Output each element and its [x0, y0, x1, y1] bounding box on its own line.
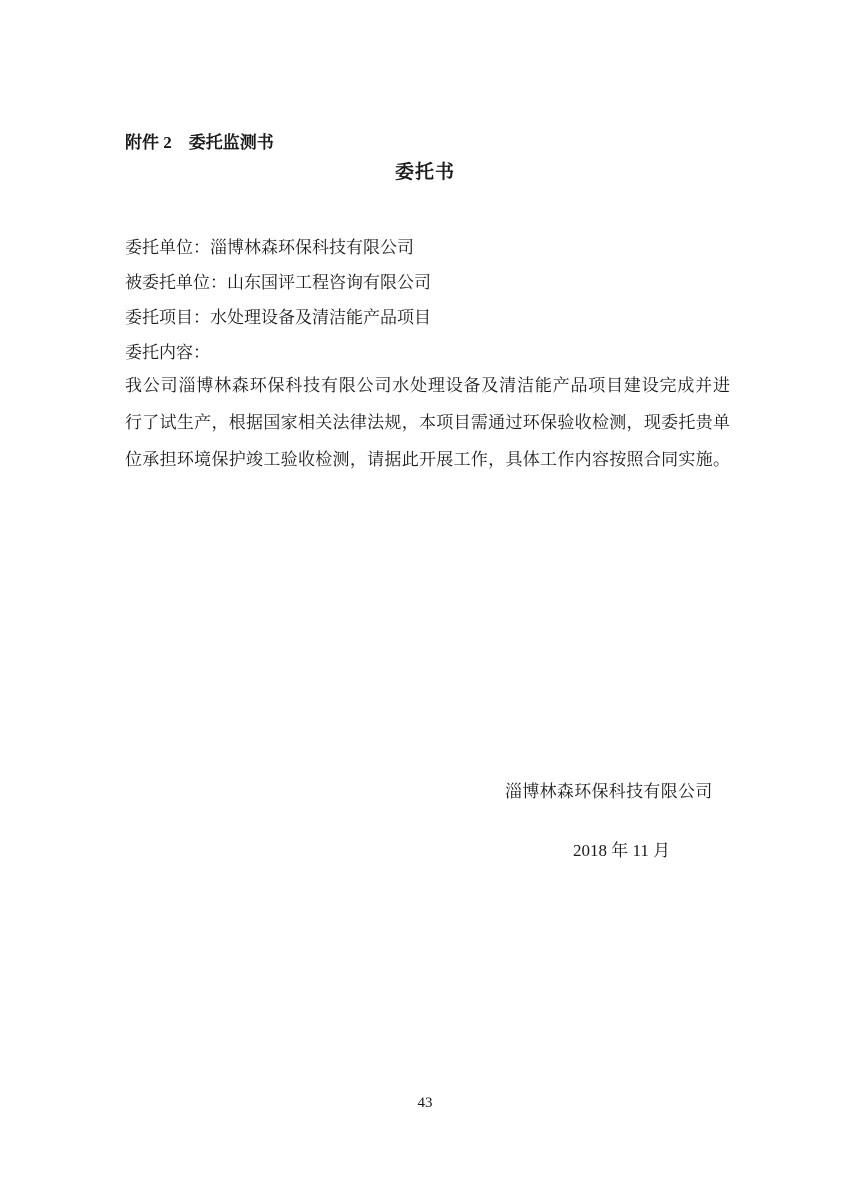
field-project: 委托项目：水处理设备及清洁能产品项目: [125, 300, 735, 335]
field-trustee: 被委托单位：山东国评工程咨询有限公司: [125, 265, 735, 300]
page-number: 43: [0, 1094, 850, 1113]
document-page: 附件 2 委托监测书 委托书 委托单位：淄博林森环保科技有限公司 被委托单位：山…: [0, 0, 850, 1202]
signature-date: 2018 年 11 月: [573, 840, 670, 861]
paragraph-line: 我公司淄博林森环保科技有限公司水处理设备及清洁能产品项目建设完成并进: [125, 367, 730, 404]
paragraph-line: 行了试生产，根据国家相关法律法规，本项目需通过环保验收检测，现委托贵单: [125, 404, 730, 441]
attachment-heading: 附件 2 委托监测书: [125, 132, 274, 154]
entrustment-paragraph: 我公司淄博林森环保科技有限公司水处理设备及清洁能产品项目建设完成并进 行了试生产…: [125, 367, 730, 478]
entrustment-fields: 委托单位：淄博林森环保科技有限公司 被委托单位：山东国评工程咨询有限公司 委托项…: [125, 230, 735, 370]
field-client: 委托单位：淄博林森环保科技有限公司: [125, 230, 735, 265]
document-title: 委托书: [0, 161, 850, 185]
field-content-label: 委托内容：: [125, 335, 735, 370]
signature-company: 淄博林森环保科技有限公司: [505, 781, 713, 802]
paragraph-line: 位承担环境保护竣工验收检测，请据此开展工作，具体工作内容按照合同实施。: [125, 441, 730, 478]
